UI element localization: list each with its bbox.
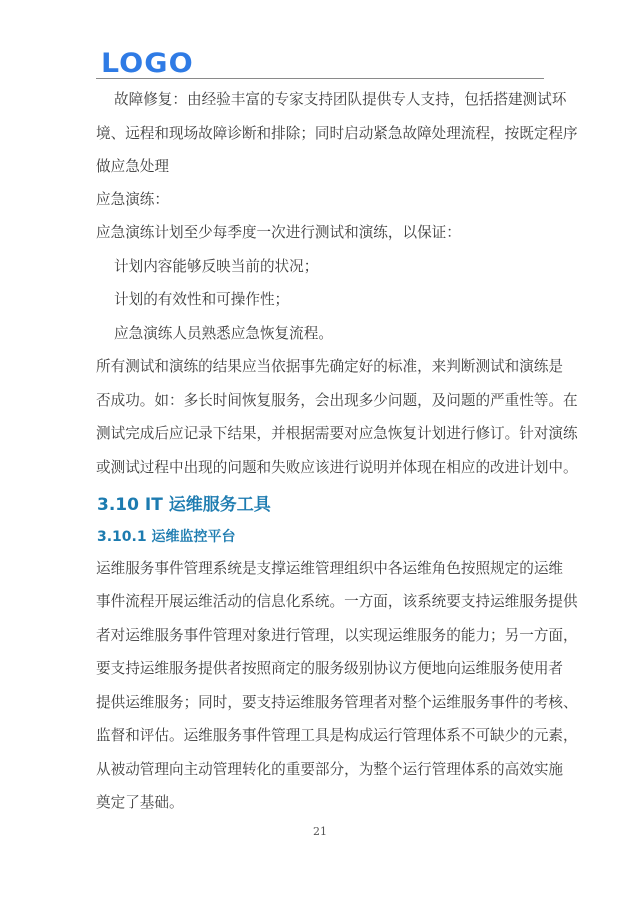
paragraph-line: 运维服务事件管理系统是支撑运维管理组织中各运维角色按照规定的运维 <box>96 560 563 578</box>
paragraph-line: 故障修复：由经验丰富的专家支持团队提供专人支持，包括搭建测试环 <box>114 91 566 109</box>
drill-intro: 应急演练计划至少每季度一次进行测试和演练，以保证： <box>96 224 461 242</box>
section-heading: 3.10 IT 运维服务工具 <box>97 490 271 515</box>
logo: LOGO <box>101 50 194 78</box>
paragraph-line: 所有测试和演练的结果应当依据事先确定好的标准，来判断测试和演练是 <box>96 358 563 376</box>
header-divider <box>96 78 544 79</box>
paragraph-line: 或测试过程中出现的问题和失败应该进行说明并体现在相应的改进计划中。 <box>96 459 578 477</box>
paragraph-line: 事件流程开展运维活动的信息化系统。一方面，该系统要支持运维服务提供 <box>96 593 578 611</box>
paragraph-line: 境、远程和现场故障诊断和排除；同时启动紧急故障处理流程，按既定程序 <box>96 125 578 143</box>
list-item: 计划的有效性和可操作性； <box>114 291 289 309</box>
page-number: 21 <box>0 825 640 838</box>
list-item: 应急演练人员熟悉应急恢复流程。 <box>114 325 333 343</box>
drill-label: 应急演练： <box>96 191 169 209</box>
paragraph-line: 提供运维服务；同时，要支持运维服务管理者对整个运维服务事件的考核、 <box>96 694 578 712</box>
paragraph-line: 监督和评估。运维服务事件管理工具是构成运行管理体系不可缺少的元素， <box>96 727 578 745</box>
paragraph-line: 要支持运维服务提供者按照商定的服务级别协议方便地向运维服务使用者 <box>96 660 563 678</box>
paragraph-line: 做应急处理 <box>96 158 169 176</box>
list-item: 计划内容能够反映当前的状况； <box>114 258 318 276</box>
paragraph-line: 者对运维服务事件管理对象进行管理，以实现运维服务的能力；另一方面， <box>96 627 578 645</box>
paragraph-line: 否成功。如：多长时间恢复服务，会出现多少问题，及问题的严重性等。在 <box>96 392 578 410</box>
paragraph-line: 测试完成后应记录下结果，并根据需要对应急恢复计划进行修订。针对演练 <box>96 425 578 443</box>
subsection-heading: 3.10.1 运维监控平台 <box>97 526 235 546</box>
paragraph-line: 从被动管理向主动管理转化的重要部分，为整个运行管理体系的高效实施 <box>96 761 563 779</box>
paragraph-line: 奠定了基础。 <box>96 794 184 812</box>
